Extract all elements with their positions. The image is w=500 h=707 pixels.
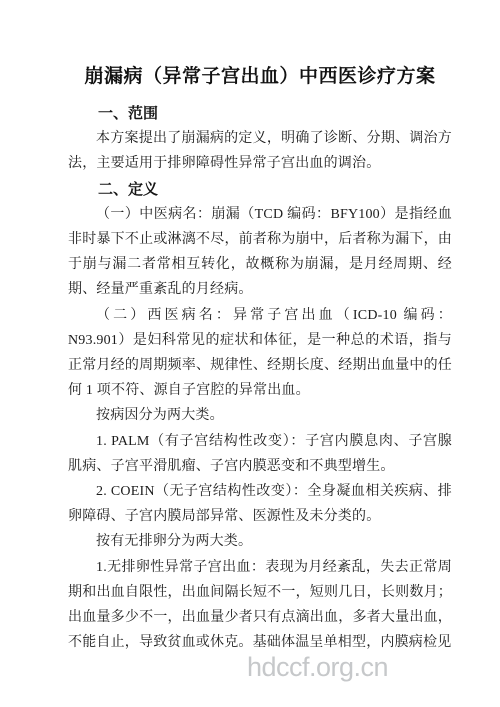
page-title: 崩漏病（异常子宫出血）中西医诊疗方案 <box>68 62 452 92</box>
paragraph: （二）西医病名：异常子宫出血（ICD-10 编码：N93.901）是妇科常见的症… <box>68 303 452 404</box>
paragraph: 1. PALM（有子宫结构性改变）：子宫内膜息肉、子宫腺肌病、子宫平滑肌瘤、子宫… <box>68 429 452 479</box>
paragraph: （一）中医病名：崩漏（TCD 编码：BFY100）是指经血非时暴下不止或淋漓不尽… <box>68 202 452 303</box>
paragraph: 本方案提出了崩漏病的定义，明确了诊断、分期、调治方法，主要适用于排卵障碍性异常子… <box>68 126 452 176</box>
paragraph: 1.无排卵性异常子宫出血：表现为月经紊乱，失去正常周期和出血自限性，出血间隔长短… <box>68 555 452 656</box>
paragraph: 按病因分为两大类。 <box>68 403 452 428</box>
document-sections: 一、范围本方案提出了崩漏病的定义，明确了诊断、分期、调治方法，主要适用于排卵障碍… <box>68 101 452 655</box>
document-page: 崩漏病（异常子宫出血）中西医诊疗方案 一、范围本方案提出了崩漏病的定义，明确了诊… <box>0 0 500 707</box>
section-heading: 二、定义 <box>68 177 452 202</box>
section-heading: 一、范围 <box>68 101 452 126</box>
paragraph: 按有无排卵分为两大类。 <box>68 529 452 554</box>
watermark-text: hdccf.org.cn <box>247 652 388 683</box>
document-body: 崩漏病（异常子宫出血）中西医诊疗方案 一、范围本方案提出了崩漏病的定义，明确了诊… <box>68 62 452 655</box>
paragraph: 2. COEIN（无子宫结构性改变）：全身凝血相关疾病、排卵障碍、子宫内膜局部异… <box>68 479 452 529</box>
